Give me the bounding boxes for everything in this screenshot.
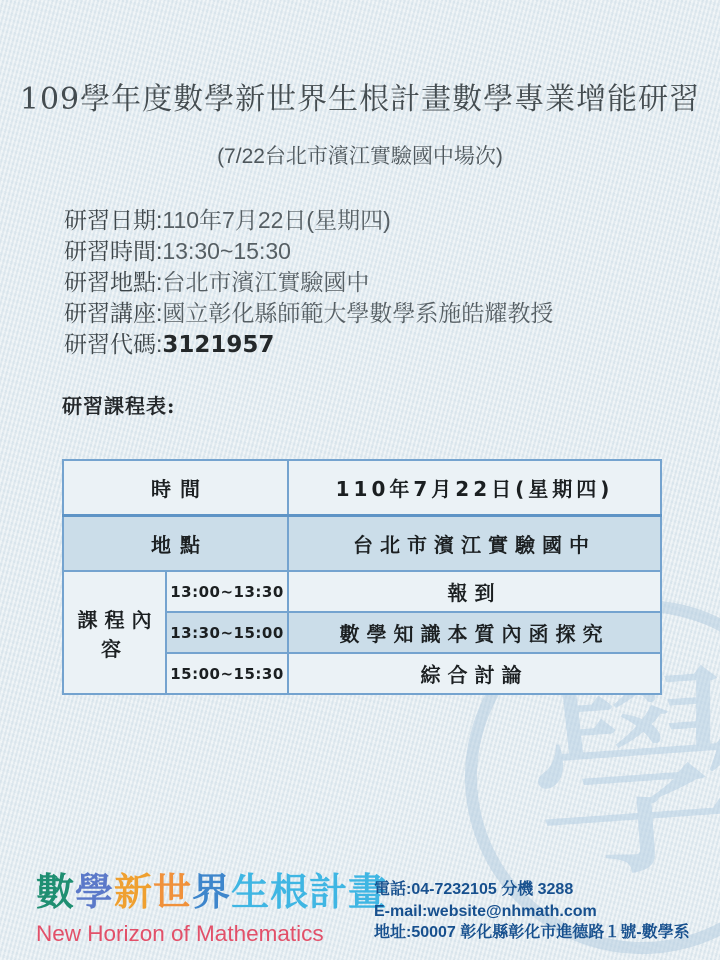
course-content-label: 課程內容 — [63, 571, 166, 694]
detail-time-value: 13:30~15:30 — [162, 238, 291, 264]
content-layer: 109學年度數學新世界生根計畫數學專業增能研習 (7/22台北市濱江實驗國中場次… — [0, 0, 720, 960]
detail-lecturer-label: 研習講座: — [64, 300, 162, 326]
logo-char: 新 — [114, 870, 153, 914]
logo-char: 根 — [270, 870, 309, 914]
detail-time: 研習時間:13:30~15:30 — [64, 236, 664, 267]
detail-date-value: 110年7月22日(星期四) — [162, 207, 390, 233]
page-subtitle: (7/22台北市濱江實驗國中場次) — [0, 140, 720, 170]
time-row-value: 110年7月22日(星期四) — [288, 460, 661, 516]
flyer-page: 學 109學年度數學新世界生根計畫數學專業增能研習 (7/22台北市濱江實驗國中… — [0, 0, 720, 960]
lecture-time: 13:30~15:00 — [166, 612, 288, 653]
schedule-table: 時間 110年7月22日(星期四) 地點 台北市濱江實驗國中 課程內容 13:0… — [62, 459, 662, 695]
logo-char: 界 — [192, 870, 231, 914]
table-row-checkin: 課程內容 13:00~13:30 報到 — [63, 571, 661, 612]
checkin-activity: 報到 — [288, 571, 661, 612]
page-title: 109學年度數學新世界生根計畫數學專業增能研習 — [0, 74, 720, 118]
detail-code: 研習代碼:3121957 — [64, 329, 664, 360]
logo-char: 學 — [75, 870, 114, 914]
place-row-label: 地點 — [63, 516, 288, 572]
contact-phone: 電話:04-7232105 分機 3288 — [374, 879, 690, 901]
program-tagline: New Horizon of Mathematics — [36, 921, 324, 947]
lecture-activity: 數學知識本質內函探究 — [288, 612, 661, 653]
contact-info: 電話:04-7232105 分機 3288 E-mail:website@nhm… — [374, 879, 690, 944]
detail-date: 研習日期:110年7月22日(星期四) — [64, 205, 664, 236]
discussion-time: 15:00~15:30 — [166, 653, 288, 694]
detail-time-label: 研習時間: — [64, 238, 162, 264]
checkin-time: 13:00~13:30 — [166, 571, 288, 612]
workshop-details: 研習日期:110年7月22日(星期四) 研習時間:13:30~15:30 研習地… — [64, 205, 664, 360]
detail-place-label: 研習地點: — [64, 269, 162, 295]
time-row-label: 時間 — [63, 460, 288, 516]
detail-lecturer: 研習講座:國立彰化縣師範大學數學系施皓耀教授 — [64, 298, 664, 329]
detail-place: 研習地點:台北市濱江實驗國中 — [64, 267, 664, 298]
detail-place-value: 台北市濱江實驗國中 — [162, 269, 369, 295]
logo-char: 數 — [36, 870, 75, 914]
detail-code-value: 3121957 — [162, 332, 274, 358]
detail-code-label: 研習代碼: — [64, 331, 162, 357]
detail-date-label: 研習日期: — [64, 207, 162, 233]
contact-address: 地址:50007 彰化縣彰化市進德路１號-數學系 — [374, 922, 690, 944]
program-logo: 數學新世界生根計畫 — [36, 870, 387, 916]
logo-char: 世 — [153, 870, 192, 914]
schedule-heading: 研習課程表: — [62, 390, 175, 419]
discussion-activity: 綜合討論 — [288, 653, 661, 694]
contact-email: E-mail:website@nhmath.com — [374, 901, 690, 923]
detail-lecturer-value: 國立彰化縣師範大學數學系施皓耀教授 — [162, 300, 553, 326]
table-row-time: 時間 110年7月22日(星期四) — [63, 460, 661, 516]
logo-char: 生 — [231, 870, 270, 914]
logo-char: 計 — [309, 870, 348, 914]
place-row-value: 台北市濱江實驗國中 — [288, 516, 661, 572]
table-row-place: 地點 台北市濱江實驗國中 — [63, 516, 661, 572]
